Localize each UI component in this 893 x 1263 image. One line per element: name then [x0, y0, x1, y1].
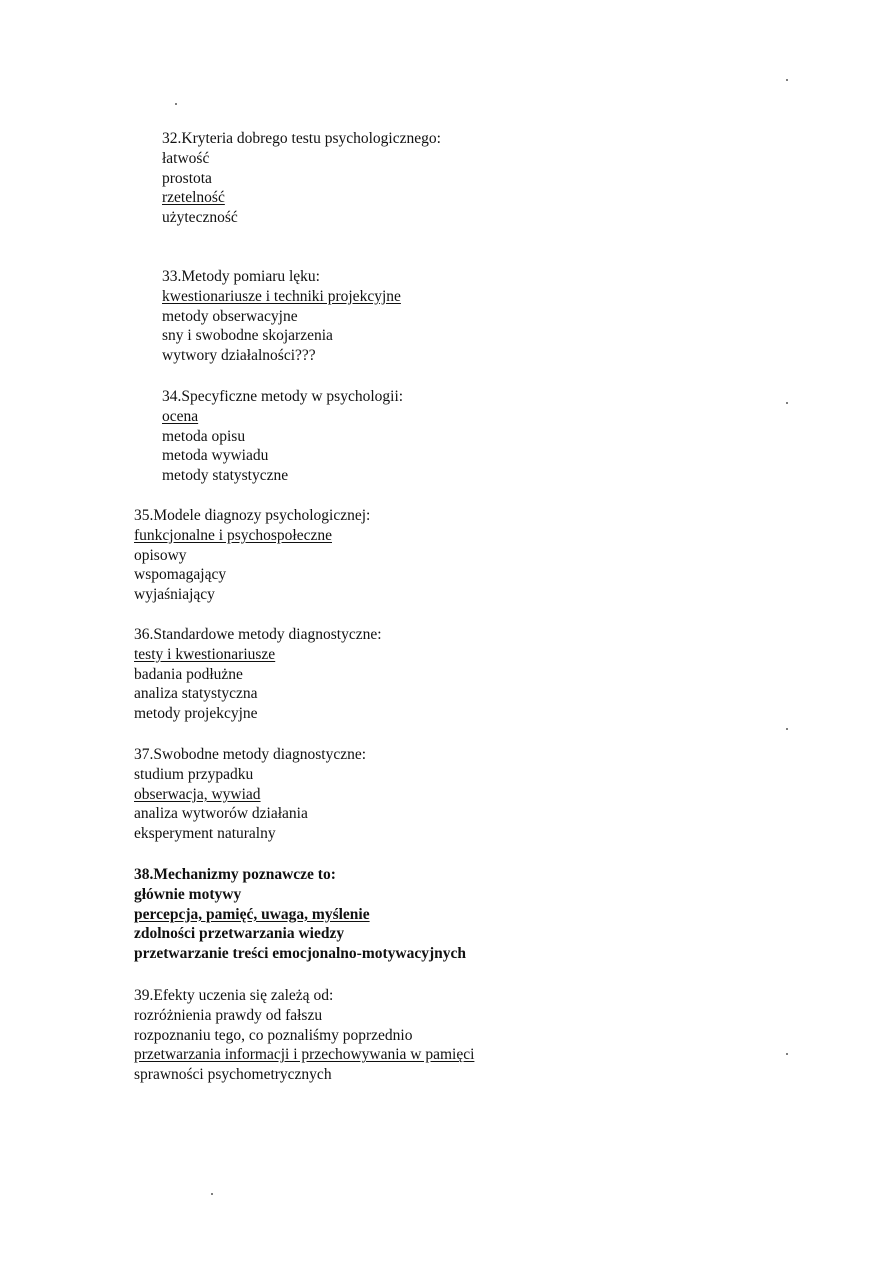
scan-speck	[211, 1193, 213, 1195]
question-32: 32.Kryteria dobrego testu psychologiczne…	[162, 129, 441, 228]
answer-text: głównie motywy	[134, 886, 241, 903]
question-title: 33.Metody pomiaru lęku:	[162, 267, 401, 287]
answer-text: użyteczność	[162, 209, 238, 226]
question-33: 33.Metody pomiaru lęku:kwestionariusze i…	[162, 267, 401, 366]
answer-option: głównie motywy	[134, 885, 466, 905]
answer-text: eksperyment naturalny	[134, 825, 276, 842]
question-title: 39.Efekty uczenia się zależą od:	[134, 986, 474, 1006]
answer-text: percepcja, pamięć, uwaga, myślenie	[134, 906, 370, 923]
answer-option: eksperyment naturalny	[134, 824, 366, 844]
answer-option-marked: przetwarzania informacji i przechowywani…	[134, 1045, 474, 1065]
answer-option: badania podłużne	[134, 665, 382, 685]
answer-text: przetwarzania informacji i przechowywani…	[134, 1046, 474, 1063]
answer-option-marked: percepcja, pamięć, uwaga, myślenie	[134, 905, 466, 925]
question-37: 37.Swobodne metody diagnostyczne:studium…	[134, 745, 366, 844]
answer-option: metody projekcyjne	[134, 704, 382, 724]
answer-option: analiza wytworów działania	[134, 804, 366, 824]
answer-text: wytwory działalności???	[162, 347, 316, 364]
answer-option: użyteczność	[162, 208, 441, 228]
question-36: 36.Standardowe metody diagnostyczne:test…	[134, 625, 382, 724]
scan-speck	[786, 79, 788, 81]
answer-option: metody statystyczne	[162, 466, 403, 486]
answer-option: sny i swobodne skojarzenia	[162, 326, 401, 346]
answer-option-marked: obserwacja, wywiad	[134, 785, 366, 805]
answer-option: metody obserwacyjne	[162, 307, 401, 327]
question-title: 32.Kryteria dobrego testu psychologiczne…	[162, 129, 441, 149]
answer-option: prostota	[162, 169, 441, 189]
answer-option: rozróżnienia prawdy od fałszu	[134, 1006, 474, 1026]
answer-text: testy i kwestionariusze	[134, 646, 275, 663]
answer-text: studium przypadku	[134, 766, 253, 783]
answer-text: ocena	[162, 408, 198, 425]
question-38: 38.Mechanizmy poznawcze to:głównie motyw…	[134, 865, 466, 964]
question-title: 35.Modele diagnozy psychologicznej:	[134, 506, 370, 526]
answer-option-marked: rzetelność	[162, 188, 441, 208]
answer-option: opisowy	[134, 546, 370, 566]
answer-option-marked: funkcjonalne i psychospołeczne	[134, 526, 370, 546]
answer-option-marked: kwestionariusze i techniki projekcyjne	[162, 287, 401, 307]
answer-option: wytwory działalności???	[162, 346, 401, 366]
answer-option: metoda opisu	[162, 427, 403, 447]
answer-text: rozróżnienia prawdy od fałszu	[134, 1007, 322, 1024]
answer-option: zdolności przetwarzania wiedzy	[134, 924, 466, 944]
answer-option: wyjaśniający	[134, 585, 370, 605]
answer-option: sprawności psychometrycznych	[134, 1065, 474, 1085]
answer-text: analiza statystyczna	[134, 685, 258, 702]
answer-option: wspomagający	[134, 565, 370, 585]
answer-text: wyjaśniający	[134, 586, 215, 603]
question-title: 36.Standardowe metody diagnostyczne:	[134, 625, 382, 645]
question-35: 35.Modele diagnozy psychologicznej:funkc…	[134, 506, 370, 605]
scan-speck	[786, 402, 788, 404]
answer-option-marked: testy i kwestionariusze	[134, 645, 382, 665]
answer-text: funkcjonalne i psychospołeczne	[134, 527, 332, 544]
answer-text: zdolności przetwarzania wiedzy	[134, 925, 344, 942]
answer-text: analiza wytworów działania	[134, 805, 308, 822]
answer-text: wspomagający	[134, 566, 226, 583]
scan-speck	[175, 103, 177, 105]
question-title: 37.Swobodne metody diagnostyczne:	[134, 745, 366, 765]
answer-text: prostota	[162, 170, 212, 187]
answer-text: sprawności psychometrycznych	[134, 1066, 332, 1083]
answer-text: sny i swobodne skojarzenia	[162, 327, 333, 344]
answer-text: metody statystyczne	[162, 467, 288, 484]
answer-option: analiza statystyczna	[134, 684, 382, 704]
answer-text: obserwacja, wywiad	[134, 786, 261, 803]
answer-text: opisowy	[134, 547, 187, 564]
answer-text: metoda opisu	[162, 428, 245, 445]
answer-option: łatwość	[162, 149, 441, 169]
answer-option-marked: ocena	[162, 407, 403, 427]
answer-option: rozpoznaniu tego, co poznaliśmy poprzedn…	[134, 1026, 474, 1046]
answer-option: studium przypadku	[134, 765, 366, 785]
answer-option: przetwarzanie treści emocjonalno-motywac…	[134, 944, 466, 964]
answer-text: przetwarzanie treści emocjonalno-motywac…	[134, 945, 466, 962]
question-34: 34.Specyficzne metody w psychologii:ocen…	[162, 387, 403, 486]
scan-speck	[786, 728, 788, 730]
answer-text: metody obserwacyjne	[162, 308, 298, 325]
scan-speck	[786, 1053, 788, 1055]
question-39: 39.Efekty uczenia się zależą od:rozróżni…	[134, 986, 474, 1085]
answer-text: metoda wywiadu	[162, 447, 268, 464]
answer-text: kwestionariusze i techniki projekcyjne	[162, 288, 401, 305]
answer-option: metoda wywiadu	[162, 446, 403, 466]
answer-text: metody projekcyjne	[134, 705, 258, 722]
question-title: 38.Mechanizmy poznawcze to:	[134, 865, 466, 885]
answer-text: rzetelność	[162, 189, 225, 206]
question-title: 34.Specyficzne metody w psychologii:	[162, 387, 403, 407]
answer-text: rozpoznaniu tego, co poznaliśmy poprzedn…	[134, 1027, 413, 1044]
answer-text: łatwość	[162, 150, 209, 167]
answer-text: badania podłużne	[134, 666, 243, 683]
